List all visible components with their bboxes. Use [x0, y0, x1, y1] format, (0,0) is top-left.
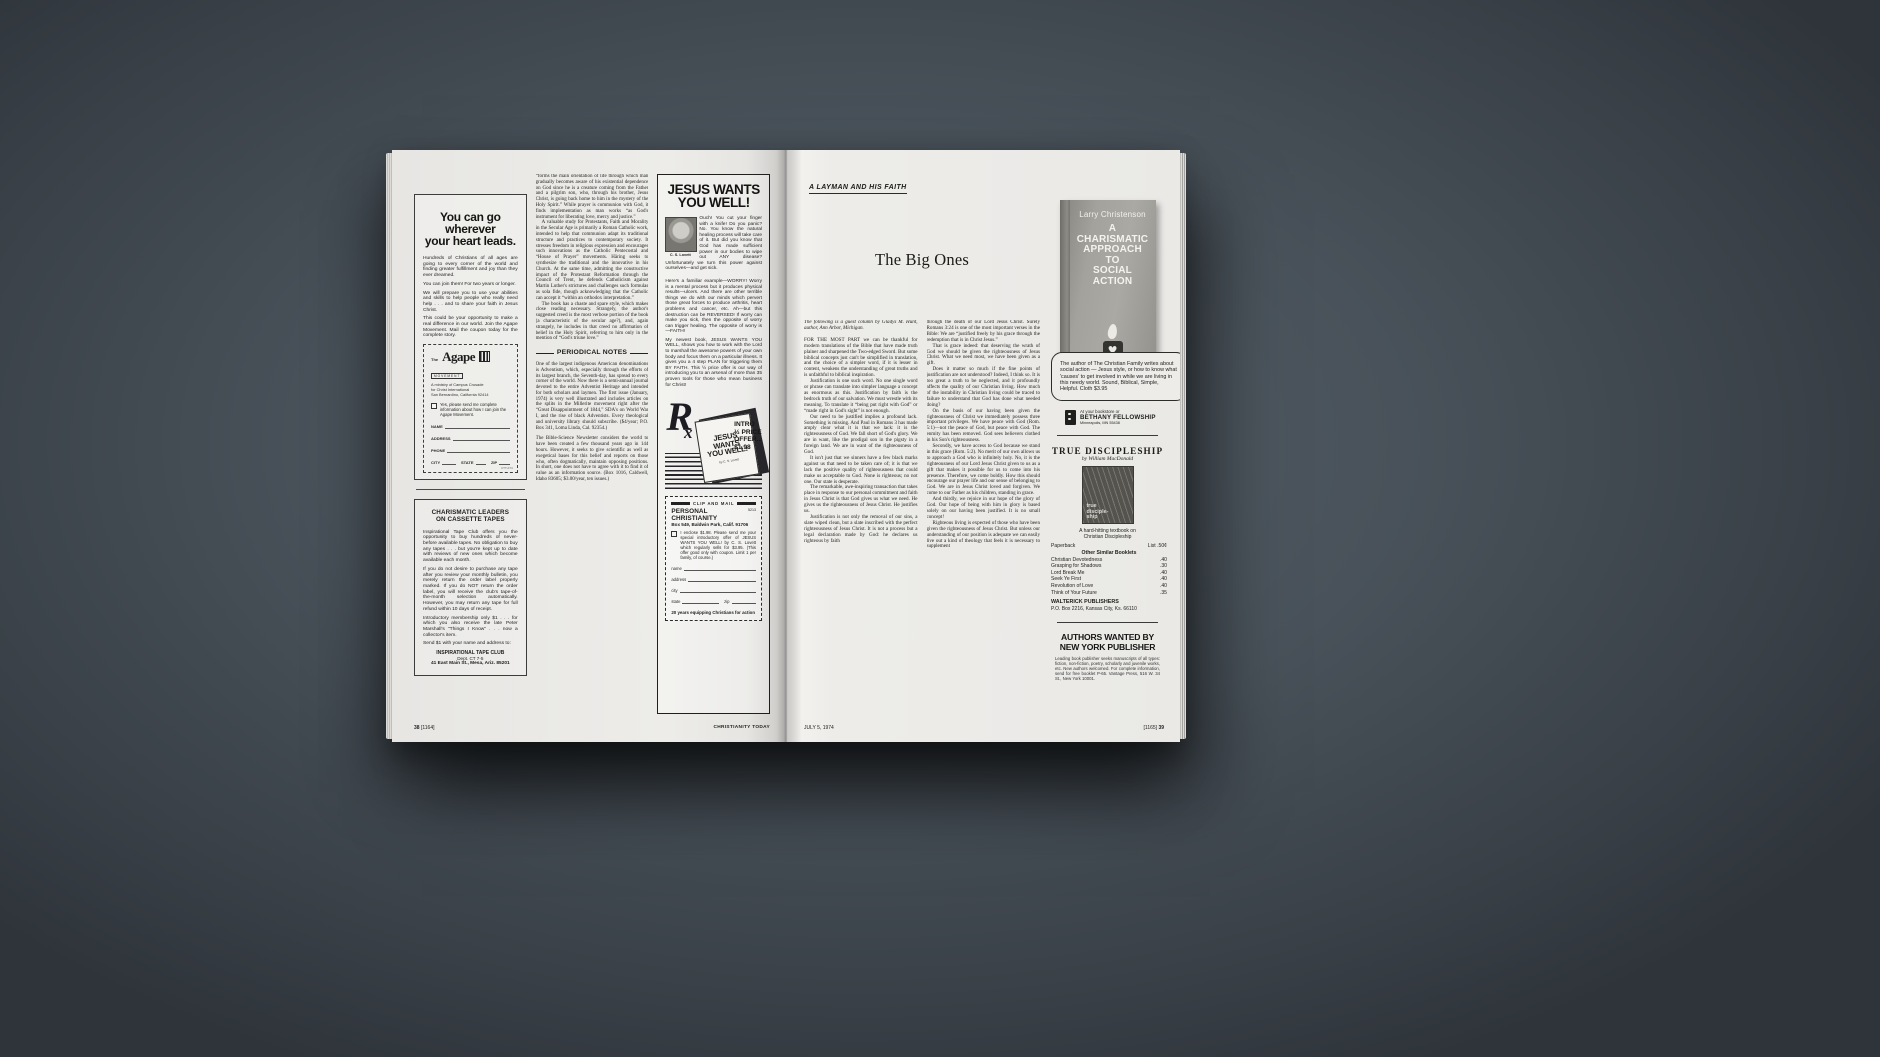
book-spine	[1060, 200, 1070, 368]
true-discipleship-ad: TRUE DISCIPLESHIP by William MacDonald t…	[1051, 446, 1164, 612]
lovett-intro-block: C. S. Lovett Ouch! You cut your finger w…	[665, 216, 762, 275]
price-row: Paperback List .50¢	[1051, 543, 1167, 550]
booklet-price-list: Paperback List .50¢ Other Similar Bookle…	[1051, 543, 1167, 612]
agape-coupon: The Agape MOVEMENT A ministry of Campus …	[423, 344, 518, 473]
bethany-fellowship-block: At your bookstore or BETHANY FELLOWSHIP …	[1065, 409, 1164, 425]
price-row: Seek Ye First.40	[1051, 576, 1167, 583]
price-value: .35	[1160, 590, 1167, 597]
review-paragraph: The Bible-Science Newsletter considers t…	[536, 436, 649, 482]
agape-field-city: CITY	[431, 460, 456, 465]
folio-code: [1165]	[1144, 725, 1158, 731]
agape-paragraph: We will prepare you to use your abilitie…	[423, 291, 518, 314]
bethany-fellowship-logo	[1065, 410, 1076, 425]
section-header: A LAYMAN AND HIS FAITH	[809, 184, 907, 194]
page-stack-edge-right	[1180, 153, 1186, 739]
article-paragraph: And thirdly, we rejoice in our hope of t…	[927, 497, 1041, 521]
field-line	[732, 602, 757, 604]
agape-checkbox-label: Yes, please send me complete information…	[440, 402, 510, 417]
heading-rule	[630, 353, 648, 354]
sidebar-divider	[1057, 435, 1158, 436]
coupon-brand-row: PERSONAL CHRISTIANITY 5213	[671, 508, 756, 522]
checkbox-icon	[671, 531, 677, 537]
big-ones-article: The Big Ones The following is a guest co…	[804, 198, 1040, 681]
agape-field-state: STATE	[461, 460, 486, 465]
field-line	[453, 439, 510, 441]
price-label: Paperback	[1051, 543, 1075, 550]
page-38: You can go wherever your heart leads. Hu…	[392, 150, 786, 742]
coupon-field-city: city	[671, 588, 756, 593]
agape-logo-the: The	[431, 357, 438, 362]
price-value: .40	[1160, 570, 1167, 577]
clip-rule	[671, 502, 690, 505]
article-paragraph: Our need to be justified implies a profo…	[804, 415, 918, 456]
left-folio-number: 38 [1164]	[414, 725, 434, 731]
booklets-heading: Other Similar Booklets	[1051, 550, 1167, 557]
price-row: Revolution of Love.40	[1051, 583, 1167, 590]
agape-checkbox-row: Yes, please send me complete information…	[431, 402, 510, 417]
article-column-2: through the death of our Lord Jesus Chri…	[927, 320, 1041, 550]
article-paragraph: Secondly, we have access to God because …	[927, 444, 1041, 497]
periodical-notes-heading: PERIODICAL NOTES	[536, 350, 649, 356]
right-page-content: A LAYMAN AND HIS FAITH The Big Ones The …	[804, 176, 1164, 714]
agape-movement-ad: You can go wherever your heart leads. Hu…	[414, 194, 527, 480]
agape-field-name: NAME	[431, 424, 510, 429]
right-column-ad: JESUS WANTS YOU WELL! C. S. Lovett Ouch!…	[657, 174, 770, 714]
agape-logo: The Agape	[431, 351, 510, 362]
tape-ad-paragraph: Send $1 with your name and address to:	[423, 641, 518, 647]
price-label: Think of Your Future	[1051, 590, 1097, 597]
coupon-key-code: 5213	[748, 508, 756, 512]
field-label: NAME	[431, 424, 443, 429]
coupon-checkbox-row: I enclose $1.98. Please send me your spe…	[671, 530, 756, 560]
price-row: Lord Break Me.40	[1051, 570, 1167, 577]
field-line	[499, 463, 510, 465]
authors-wanted-body: Leading book publisher seeks manuscripts…	[1055, 656, 1160, 681]
field-label: city	[671, 588, 677, 593]
periodical-notes-label: PERIODICAL NOTES	[557, 350, 627, 356]
book-review-column: “forms the main orientation of life thro…	[536, 174, 649, 714]
coupon-field-statezip: state zip	[671, 593, 756, 604]
publisher-address: Minneapolis, MN 55438	[1080, 421, 1156, 425]
bethany-text: At your bookstore or BETHANY FELLOWSHIP …	[1080, 409, 1156, 425]
article-paragraph: The remarkable, awe-inspiring transactio…	[804, 485, 918, 515]
intro-price-offer: INTRO ½ PRICE OFFER... $1.98	[734, 421, 762, 451]
field-label: ZIP	[491, 460, 497, 465]
agape-field-zip: ZIP	[491, 460, 510, 465]
agape-headline: You can go wherever your heart leads.	[423, 211, 518, 247]
field-line	[688, 580, 756, 582]
authors-wanted-ad: AUTHORS WANTED BY NEW YORK PUBLISHER Lea…	[1051, 633, 1164, 680]
price-label: Grasping for Shadows	[1051, 563, 1101, 570]
personal-christianity-coupon: CLIP AND MAIL PERSONAL CHRISTIANITY 5213…	[665, 496, 762, 621]
agape-paragraph: This could be your opportunity to make a…	[423, 316, 518, 339]
clip-and-mail-row: CLIP AND MAIL	[671, 501, 756, 506]
article-paragraph: Justification is one such word. No one s…	[804, 379, 918, 414]
agape-coupon-code: CTT-074	[501, 466, 513, 470]
price-row: Grasping for Shadows.30	[1051, 563, 1167, 570]
agape-paragraph: You can join them! For two years or long…	[423, 282, 518, 288]
price-label: Revolution of Love	[1051, 583, 1093, 590]
sidebar-divider	[1057, 622, 1158, 623]
price-label: Lord Break Me	[1051, 570, 1084, 577]
agape-ministry-text: A ministry of Campus Crusade for Christ …	[431, 383, 510, 397]
book-title: A CHARISMATIC APPROACH TO SOCIAL ACTION	[1077, 224, 1148, 287]
tape-ad-title: CHARISMATIC LEADERS ON CASSETTE TAPES	[423, 509, 518, 523]
review-paragraph: The book has a chaste and spare style, w…	[536, 302, 649, 343]
field-line	[476, 463, 486, 465]
rx-x-letter: x	[684, 423, 693, 442]
right-sidebar-ads: Larry Christenson A CHARISMATIC APPROACH…	[1051, 198, 1164, 681]
tape-ad-paragraph: If you do not desire to purchase any tap…	[423, 567, 518, 613]
checkbox-icon	[431, 403, 437, 409]
field-label: CITY	[431, 460, 440, 465]
price-row: Think of Your Future.35	[1051, 590, 1167, 597]
walterick-address: P.O. Box 2216, Kansas City, Ks. 66110	[1051, 606, 1167, 613]
magazine-name: CHRISTIANITY TODAY	[714, 725, 771, 731]
book-blurb-bubble: The author of The Christian Family write…	[1051, 352, 1180, 401]
left-column-ads: You can go wherever your heart leads. Hu…	[414, 174, 527, 714]
article-paragraph: Does it matter so much if the fine point…	[927, 367, 1041, 408]
field-label: PHONE	[431, 448, 445, 453]
field-label: address	[671, 577, 686, 582]
left-page-content: You can go wherever your heart leads. Hu…	[414, 174, 770, 714]
right-page-main: The Big Ones The following is a guest co…	[804, 198, 1164, 681]
lovett-paragraph: Here's a familiar example—WORRY! Worry i…	[665, 279, 762, 335]
review-paragraph: One of the largest indigenous American d…	[536, 362, 649, 432]
agape-flag-icon	[479, 351, 490, 362]
coupon-field-name: name	[671, 566, 756, 571]
field-line	[445, 427, 510, 429]
flame-icon	[1107, 323, 1118, 339]
price-value: .40	[1160, 583, 1167, 590]
article-paragraph: It isn't just that we sinners have a few…	[804, 456, 918, 486]
page-39: A LAYMAN AND HIS FAITH The Big Ones The …	[786, 150, 1180, 742]
field-line	[447, 451, 509, 453]
agape-paragraph: Hundreds of Christians of all ages are g…	[423, 256, 518, 279]
article-paragraph: FOR THE MOST PART we can be thankful for…	[804, 338, 918, 379]
walterick-publisher: WALTERICK PUBLISHERS	[1051, 599, 1167, 606]
price-value: .40	[1160, 576, 1167, 583]
personal-christianity-label: PERSONAL CHRISTIANITY	[671, 508, 748, 522]
lovett-headline: JESUS WANTS YOU WELL!	[665, 183, 762, 209]
tape-ad-paragraph: Inspirational Tape Club offers you the o…	[423, 530, 518, 564]
coupon-offer-text: I enclose $1.98. Please send me your spe…	[680, 530, 756, 560]
coupon-address: Box 549, Baldwin Park, Calif. 91706	[671, 522, 756, 527]
field-line	[684, 569, 756, 571]
page-number: 39	[1158, 725, 1164, 731]
article-paragraph: That is grace indeed: that deserving the…	[927, 344, 1041, 368]
review-paragraph: A valuable study for Protestants, Faith …	[536, 220, 649, 301]
true-discipleship-title: TRUE DISCIPLESHIP	[1051, 446, 1164, 456]
article-paragraph: Righteous living is expected of those wh…	[927, 521, 1041, 551]
review-paragraph: “forms the main orientation of life thro…	[536, 174, 649, 220]
field-label: state	[671, 599, 680, 604]
article-paragraph: through the death of our Lord Jesus Chri…	[927, 320, 1041, 344]
tape-club-address: 41 East Main St., Mesa, Ariz. 85201	[423, 661, 518, 666]
agape-field-phone: PHONE	[431, 448, 510, 453]
coupon-field-state: state	[671, 599, 719, 604]
lovett-paragraph: My newest book, JESUS WANTS YOU WELL, sh…	[665, 338, 762, 388]
field-line	[680, 591, 756, 593]
right-page-folio: JULY 5, 1974 [1165] 39	[804, 725, 1164, 731]
right-folio-number: [1165] 39	[1144, 725, 1164, 731]
publisher-name: BETHANY FELLOWSHIP	[1080, 414, 1156, 421]
true-discipleship-byline: by William MacDonald	[1051, 456, 1164, 462]
book-author: Larry Christenson	[1079, 210, 1146, 219]
field-label: zip	[724, 599, 729, 604]
agape-field-citystatezip: CITY STATE ZIP	[431, 453, 510, 465]
jesus-wants-you-well-ad: JESUS WANTS YOU WELL! C. S. Lovett Ouch!…	[657, 174, 770, 714]
price-value: .30	[1160, 563, 1167, 570]
field-line	[682, 602, 719, 604]
issue-date: JULY 5, 1974	[804, 725, 834, 731]
charismatic-approach-book-cover: Larry Christenson A CHARISMATIC APPROACH…	[1060, 200, 1156, 368]
lovett-book-graphic: Rx JESUS WANTS YOU WELL! by C. S. Lovett…	[665, 395, 762, 491]
agape-logo-name: Agape	[442, 351, 475, 362]
field-label: STATE	[461, 460, 474, 465]
field-label: name	[671, 566, 681, 571]
agape-logo-movement: MOVEMENT	[431, 373, 463, 379]
true-discipleship-book-cover: true disciple- ship	[1082, 466, 1134, 524]
lovett-photo-block: C. S. Lovett	[665, 217, 695, 257]
coupon-tagline: 20 years equipping Christians for action	[671, 610, 756, 615]
field-label: ADDRESS	[431, 436, 451, 441]
page-number: 38	[414, 725, 420, 731]
article-intro: The following is a guest column by Glady…	[804, 320, 918, 332]
heading-rule	[536, 353, 554, 354]
clip-rule	[737, 502, 756, 505]
price-row: Christian Devotedness.40	[1051, 557, 1167, 564]
cassette-tapes-ad: CHARISMATIC LEADERS ON CASSETTE TAPES In…	[414, 499, 527, 676]
article-title: The Big Ones	[804, 250, 1040, 270]
tape-ad-paragraph: Introductory membership only $1 . . . fo…	[423, 616, 518, 639]
coupon-field-address: address	[671, 577, 756, 582]
true-discipleship-description: A hard-hitting textbook on Christian Dis…	[1051, 528, 1164, 540]
article-columns: The following is a guest column by Glady…	[804, 320, 1040, 550]
article-paragraph: Justification is not only the removal of…	[804, 515, 918, 545]
article-column-1: The following is a guest column by Glady…	[804, 320, 918, 550]
article-paragraph: On the basis of our having been given th…	[927, 409, 1041, 444]
column-divider	[416, 489, 525, 490]
coupon-field-zip: zip	[724, 599, 756, 604]
cs-lovett-photo	[665, 217, 697, 252]
folio-code: [1164]	[421, 725, 435, 731]
rx-prescription-icon: Rx	[666, 397, 692, 453]
photo-backdrop: You can go wherever your heart leads. Hu…	[0, 0, 1880, 1057]
price-value: List .50¢	[1148, 543, 1167, 550]
price-label: Seek Ye First	[1051, 576, 1081, 583]
left-page-folio: 38 [1164] CHRISTIANITY TODAY	[414, 725, 770, 731]
agape-field-address: ADDRESS	[431, 436, 510, 441]
price-value: .40	[1160, 557, 1167, 564]
field-line	[442, 463, 456, 465]
lovett-photo-caption: C. S. Lovett	[665, 253, 695, 257]
authors-wanted-title: AUTHORS WANTED BY NEW YORK PUBLISHER	[1051, 633, 1164, 651]
price-label: Christian Devotedness	[1051, 557, 1102, 564]
clip-and-mail-label: CLIP AND MAIL	[693, 501, 734, 506]
magazine-spread: You can go wherever your heart leads. Hu…	[392, 150, 1180, 742]
